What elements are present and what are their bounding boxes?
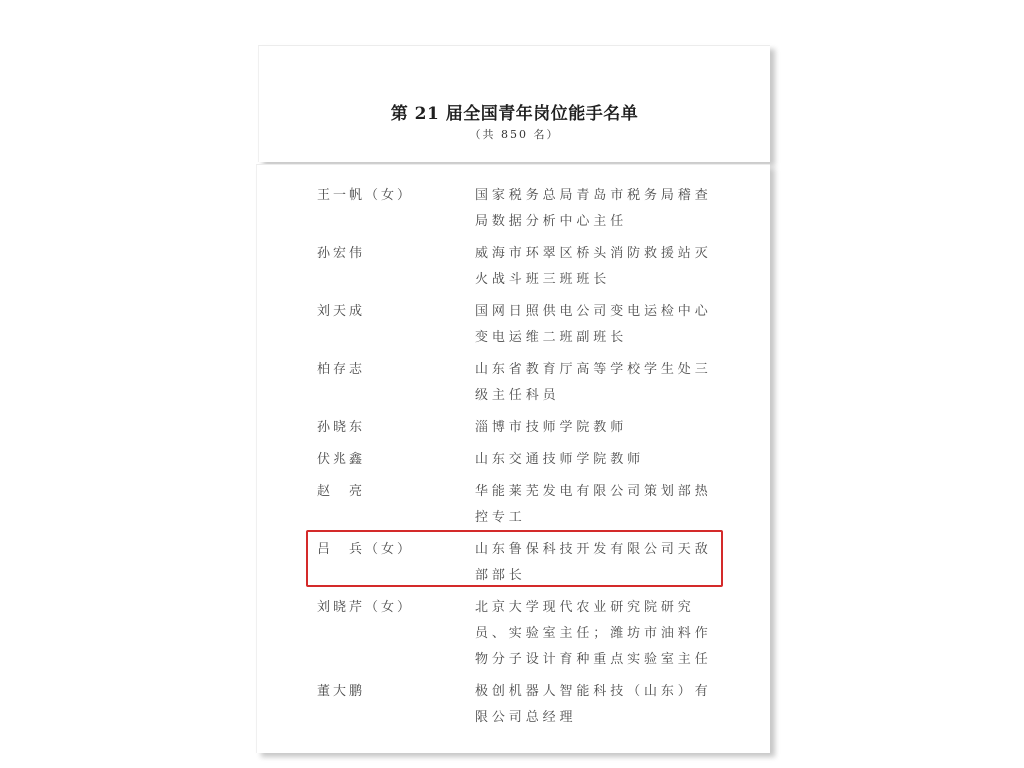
title-card: 第 21 届全国青年岗位能手名单 （共 850 名） — [258, 45, 770, 162]
list-item-highlighted: 吕 兵（女） 山东鲁保科技开发有限公司天敌部部长 — [257, 537, 770, 589]
honoree-name: 伏兆鑫 — [257, 447, 477, 473]
honoree-name: 孙晓东 — [257, 415, 477, 441]
page-subtitle-count: （共 850 名） — [259, 126, 770, 142]
honoree-name: 孙宏伟 — [257, 241, 477, 267]
page-title: 第 21 届全国青年岗位能手名单 — [259, 99, 770, 124]
honoree-organization: 极创机器人智能科技（山东）有限公司总经理 — [475, 679, 715, 731]
honoree-name: 王一帆（女） — [257, 183, 477, 209]
honoree-organization: 国网日照供电公司变电运检中心变电运维二班副班长 — [475, 299, 715, 351]
honoree-organization: 华能莱芜发电有限公司策划部热控专工 — [475, 479, 715, 531]
honoree-name: 吕 兵（女） — [257, 537, 477, 563]
honoree-list: 王一帆（女） 国家税务总局青岛市税务局稽查局数据分析中心主任 孙宏伟 威海市环翠… — [257, 183, 770, 737]
honoree-organization: 国家税务总局青岛市税务局稽查局数据分析中心主任 — [475, 183, 715, 235]
honoree-organization: 威海市环翠区桥头消防救援站灭火战斗班三班班长 — [475, 241, 715, 293]
honoree-organization: 山东交通技师学院教师 — [475, 447, 715, 473]
honoree-name: 柏存志 — [257, 357, 477, 383]
list-item: 王一帆（女） 国家税务总局青岛市税务局稽查局数据分析中心主任 — [257, 183, 770, 235]
list-item: 董大鹏 极创机器人智能科技（山东）有限公司总经理 — [257, 679, 770, 731]
honoree-organization: 淄博市技师学院教师 — [475, 415, 715, 441]
list-item: 伏兆鑫 山东交通技师学院教师 — [257, 447, 770, 473]
list-item: 赵 亮 华能莱芜发电有限公司策划部热控专工 — [257, 479, 770, 531]
honoree-organization: 北京大学现代农业研究院研究员、实验室主任；潍坊市油料作物分子设计育种重点实验室主… — [475, 595, 715, 673]
list-item: 柏存志 山东省教育厅高等学校学生处三级主任科员 — [257, 357, 770, 409]
honoree-name: 赵 亮 — [257, 479, 477, 505]
honoree-organization: 山东鲁保科技开发有限公司天敌部部长 — [475, 537, 715, 589]
document-viewer: 第 21 届全国青年岗位能手名单 （共 850 名） 王一帆（女） 国家税务总局… — [0, 0, 1024, 768]
honoree-list-card: 王一帆（女） 国家税务总局青岛市税务局稽查局数据分析中心主任 孙宏伟 威海市环翠… — [256, 164, 770, 753]
list-item: 刘晓芹（女） 北京大学现代农业研究院研究员、实验室主任；潍坊市油料作物分子设计育… — [257, 595, 770, 673]
list-item: 孙晓东 淄博市技师学院教师 — [257, 415, 770, 441]
list-item: 刘天成 国网日照供电公司变电运检中心变电运维二班副班长 — [257, 299, 770, 351]
honoree-name: 董大鹏 — [257, 679, 477, 705]
honoree-name: 刘晓芹（女） — [257, 595, 477, 621]
list-item: 孙宏伟 威海市环翠区桥头消防救援站灭火战斗班三班班长 — [257, 241, 770, 293]
honoree-organization: 山东省教育厅高等学校学生处三级主任科员 — [475, 357, 715, 409]
honoree-name: 刘天成 — [257, 299, 477, 325]
